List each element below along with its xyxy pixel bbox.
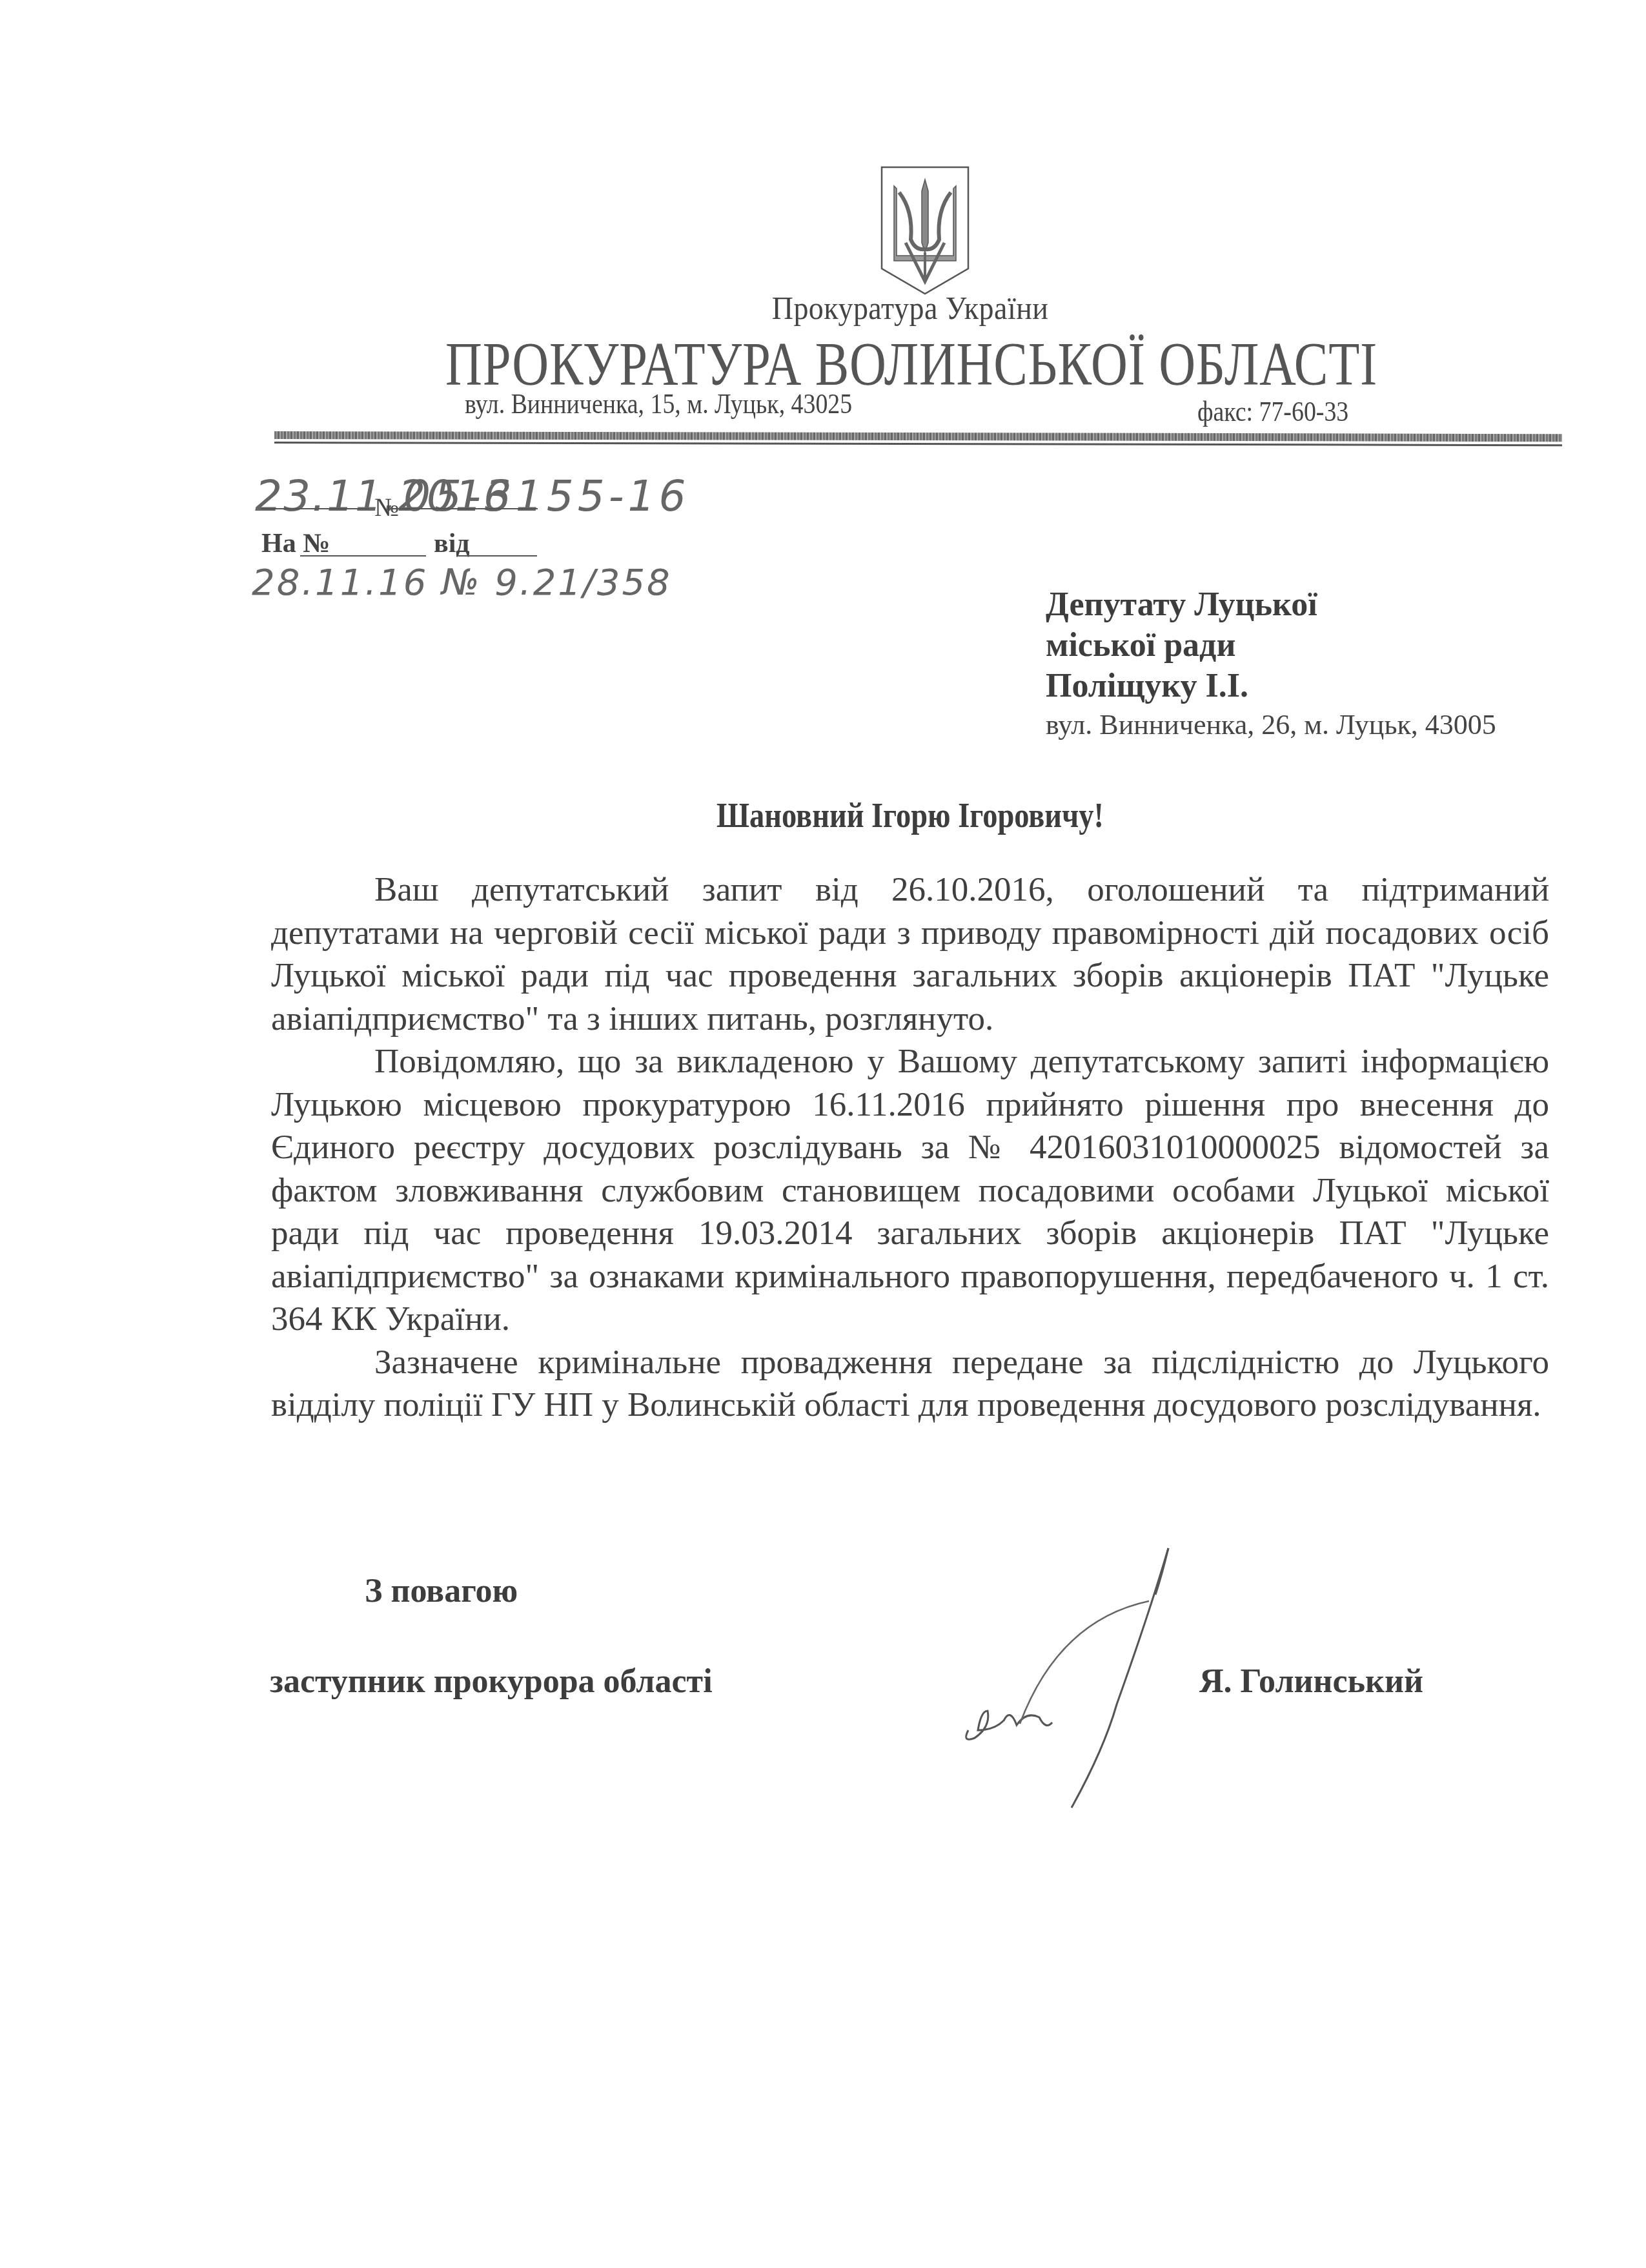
addressee-block: Депутату Луцької міської ради Поліщуку І… <box>1046 584 1496 744</box>
signer-name: Я. Голинський <box>1199 1662 1423 1701</box>
organization-address: вул. Винниченка, 15, м. Луцьк, 43025 <box>465 387 852 420</box>
addressee-line-1: Депутату Луцької <box>1046 584 1496 625</box>
body-paragraph-3: Зазначене кримінальне провадження переда… <box>271 1341 1549 1427</box>
greeting: Шановний Ігорю Ігоровичу! <box>127 795 1646 835</box>
date-underline <box>261 508 369 509</box>
closing-salutation: З повагою <box>365 1572 518 1610</box>
outgoing-number: 05-3155-16 <box>403 471 690 521</box>
reply-date-line <box>458 555 537 557</box>
reply-label: На № <box>261 528 330 559</box>
signer-position: заступник прокурора області <box>270 1662 713 1701</box>
incoming-reference: 28.11.16 № 9.21/358 <box>252 562 672 604</box>
organization-fax: факс: 77-60-33 <box>1197 395 1348 428</box>
body-paragraph-1: Ваш депутатський запит від 26.10.2016, о… <box>271 868 1549 1040</box>
body-paragraph-2: Повідомляю, що за викладеною у Вашому де… <box>271 1040 1549 1341</box>
addressee-address: вул. Винниченка, 26, м. Луцьк, 43005 <box>1046 706 1496 744</box>
reply-from-label: від <box>434 528 470 559</box>
number-underline <box>391 508 538 509</box>
organization-subtitle: Прокуратура України <box>73 289 1646 327</box>
letterhead-divider <box>274 431 1562 442</box>
addressee-line-2: міської ради <box>1046 625 1496 666</box>
addressee-name: Поліщуку І.І. <box>1046 666 1496 706</box>
reply-number-line <box>300 555 426 557</box>
trident-emblem-icon <box>880 165 970 296</box>
number-sign: № <box>374 492 399 522</box>
letter-body: Ваш депутатський запит від 26.10.2016, о… <box>271 868 1549 1427</box>
letterhead-divider-thin <box>274 442 1562 446</box>
